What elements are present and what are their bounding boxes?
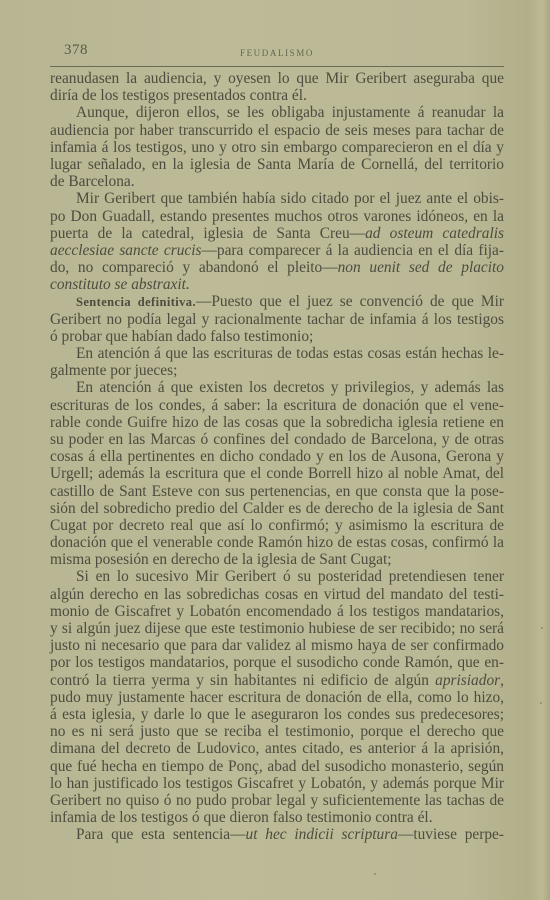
text-line: Aunque, dijeron ellos, se les obligaba i… [50,104,504,121]
text-line: que fué hecha en tiempo de Ponç, abad de… [50,758,504,775]
text-line: lugar señalado, en la iglesia de Santa M… [50,156,504,173]
line-text: infamia de los testigos ó que dieron fal… [50,809,433,826]
paper-speck [540,702,542,704]
line-text: do, no compareció y abandonó el pleito— [50,259,338,276]
text-line: misma posesión en derecho de la iglesia … [50,551,504,568]
text-line: á esta iglesia, y darle lo que le asegur… [50,706,504,723]
text-line: por los testigos mandatarios, porque el … [50,654,504,671]
line-text: por los testigos mandatarios, porque el … [50,654,504,671]
text-line: castillo de Sant Esteve con sus pertenen… [50,483,504,500]
line-text: escrituras de los condes, á saber: la es… [50,397,504,414]
text-line: su poder en las Marcas ó confines del co… [50,431,504,448]
line-text: Si en lo sucesivo Mir Geribert ó su post… [76,568,504,585]
header-rule [50,66,504,67]
paper-speck [541,627,543,629]
line-text: y si algún juez dijese que este testimon… [50,620,504,637]
running-head: FEUDALISMO [50,48,504,58]
line-text: contró la tierra yerma y sin habitantes … [50,672,435,689]
text-line: Si en lo sucesivo Mir Geribert ó su post… [50,568,504,585]
line-text: su poder en las Marcas ó confines del co… [50,431,504,448]
line-text: misma posesión en derecho de la iglesia … [50,551,392,568]
line-text: —para comparecer á la audiencia en el dí… [202,242,505,259]
line-text: po Don Guadall, estando presentes muchos… [50,208,504,225]
paper-speck [374,873,376,875]
text-line: En atención á que existen los decretos y… [50,379,504,396]
latin-quote: non uenit sed de placito [338,259,504,276]
line-text: de Barcelona. [50,173,135,190]
text-line: sión del sobredicho predio del Calder es… [50,500,504,517]
text-line: rable conde Guifre hizo de las cosas que… [50,414,504,431]
text-line: constituto se abstraxit. [50,276,504,293]
line-text: diría de los testigos presentados contra… [50,87,307,104]
line-text: Geribert no quiso ó no pudo probar legal… [50,792,504,809]
text-line: justo ni necesario que para dar validez … [50,637,504,654]
text-line: cosas á ella pertinentes en dicho condad… [50,448,504,465]
line-text: rable conde Guifre hizo de las cosas que… [50,414,504,431]
text-line: infamia á los testigos, uno y otro sin e… [50,139,504,156]
line-text: puerta de la catedral, iglesia de Santa … [50,225,365,242]
line-text: monio de Giscafret y Lobatón encomendado… [50,603,504,620]
body-text: reanudasen la audiencia, y oyesen lo que… [50,70,504,843]
text-line: Mir Geribert que también había sido cita… [50,190,504,207]
book-page: 378 FEUDALISMO reanudasen la audiencia, … [0,0,550,900]
text-line: En atención á que las escrituras de toda… [50,345,504,362]
line-text: —Puesto que el juez se convenció de que … [196,293,504,310]
text-line: donación que el venerable conde Ramón hi… [50,534,504,551]
line-text: Mir Geribert que también había sido cita… [76,190,504,207]
line-text: que fué hecha en tiempo de Ponç, abad de… [50,758,504,775]
text-line: dimana del decreto de Ludovico, antes ci… [50,740,504,757]
text-line: infamia de los testigos ó que dieron fal… [50,809,504,826]
text-line: ó probar que habían dado falso testimoni… [50,328,504,345]
line-text: lugar señalado, en la iglesia de Santa M… [50,156,504,173]
line-text: Geribert no podía legal y racionalmente … [50,311,504,328]
line-text: Para que esta sentencia— [76,826,246,843]
line-text: Urgell; además la escritura que el conde… [50,465,504,482]
text-line: aecclesiae sancte crucis—para comparecer… [50,242,504,259]
line-text: justo ni necesario que para dar validez … [50,637,504,654]
line-text: infamia á los testigos, uno y otro sin e… [50,139,504,156]
latin-quote: ut hec indicii scriptura [246,826,398,843]
page-edge-shadow [542,0,550,900]
line-text: lo han justificado los testigos Giscafre… [50,775,504,792]
text-line: Urgell; además la escritura que el conde… [50,465,504,482]
text-line: y si algún juez dijese que este testimon… [50,620,504,637]
line-text: algún derecho en las sobredichas cosas e… [50,586,504,603]
line-text: —tuviese perpe- [398,826,504,843]
latin-quote: ad osteum catedralis [365,225,504,242]
text-line: Sentencia definitiva.—Puesto que el juez… [50,293,504,310]
line-text: no es ni será justo que se reciba el tes… [50,723,504,740]
latin-quote: aecclesiae sancte crucis [50,242,202,259]
text-line: pudo muy justamente hacer escritura de d… [50,689,504,706]
text-line: do, no compareció y abandonó el pleito—n… [50,259,504,276]
line-text: castillo de Sant Esteve con sus pertenen… [50,483,504,500]
line-text: reanudasen la audiencia, y oyesen lo que… [50,70,504,87]
line-text: sión del sobredicho predio del Calder es… [50,500,504,517]
line-text: pudo muy justamente hacer escritura de d… [50,689,504,706]
text-line: galmente por jueces; [50,362,504,379]
text-line: de Barcelona. [50,173,504,190]
text-line: escrituras de los condes, á saber: la es… [50,397,504,414]
text-line: Geribert no podía legal y racionalmente … [50,311,504,328]
line-text: ó probar que habían dado falso testimoni… [50,328,313,345]
text-line: algún derecho en las sobredichas cosas e… [50,586,504,603]
text-line: Para que esta sentencia—ut hec indicii s… [50,826,504,843]
latin-quote: aprisiador [435,672,500,689]
line-text: , [500,672,504,689]
text-line: lo han justificado los testigos Giscafre… [50,775,504,792]
line-text: galmente por jueces; [50,362,177,379]
section-heading: Sentencia definitiva. [76,295,196,309]
line-text: á esta iglesia, y darle lo que le asegur… [50,706,504,723]
text-line: monio de Giscafret y Lobatón encomendado… [50,603,504,620]
line-text: En atención á que las escrituras de toda… [76,345,504,362]
line-text: Aunque, dijeron ellos, se les obligaba i… [76,104,504,121]
text-line: Geribert no quiso ó no pudo probar legal… [50,792,504,809]
text-line: puerta de la catedral, iglesia de Santa … [50,225,504,242]
line-text: En atención á que existen los decretos y… [76,379,504,396]
line-text: dimana del decreto de Ludovico, antes ci… [50,740,504,757]
text-line: Cugat por decreto real que así lo confir… [50,517,504,534]
line-text: audiencia por haber transcurrido el espa… [50,122,504,139]
text-line: diría de los testigos presentados contra… [50,87,504,104]
line-text: cosas á ella pertinentes en dicho condad… [50,448,504,465]
text-line: reanudasen la audiencia, y oyesen lo que… [50,70,504,87]
latin-quote: constituto se abstraxit. [50,276,190,293]
page-header: 378 FEUDALISMO [50,40,504,64]
text-line: no es ni será justo que se reciba el tes… [50,723,504,740]
text-line: audiencia por haber transcurrido el espa… [50,122,504,139]
line-text: donación que el venerable conde Ramón hi… [50,534,504,551]
text-line: po Don Guadall, estando presentes muchos… [50,208,504,225]
line-text: Cugat por decreto real que así lo confir… [50,517,504,534]
text-line: contró la tierra yerma y sin habitantes … [50,672,504,689]
